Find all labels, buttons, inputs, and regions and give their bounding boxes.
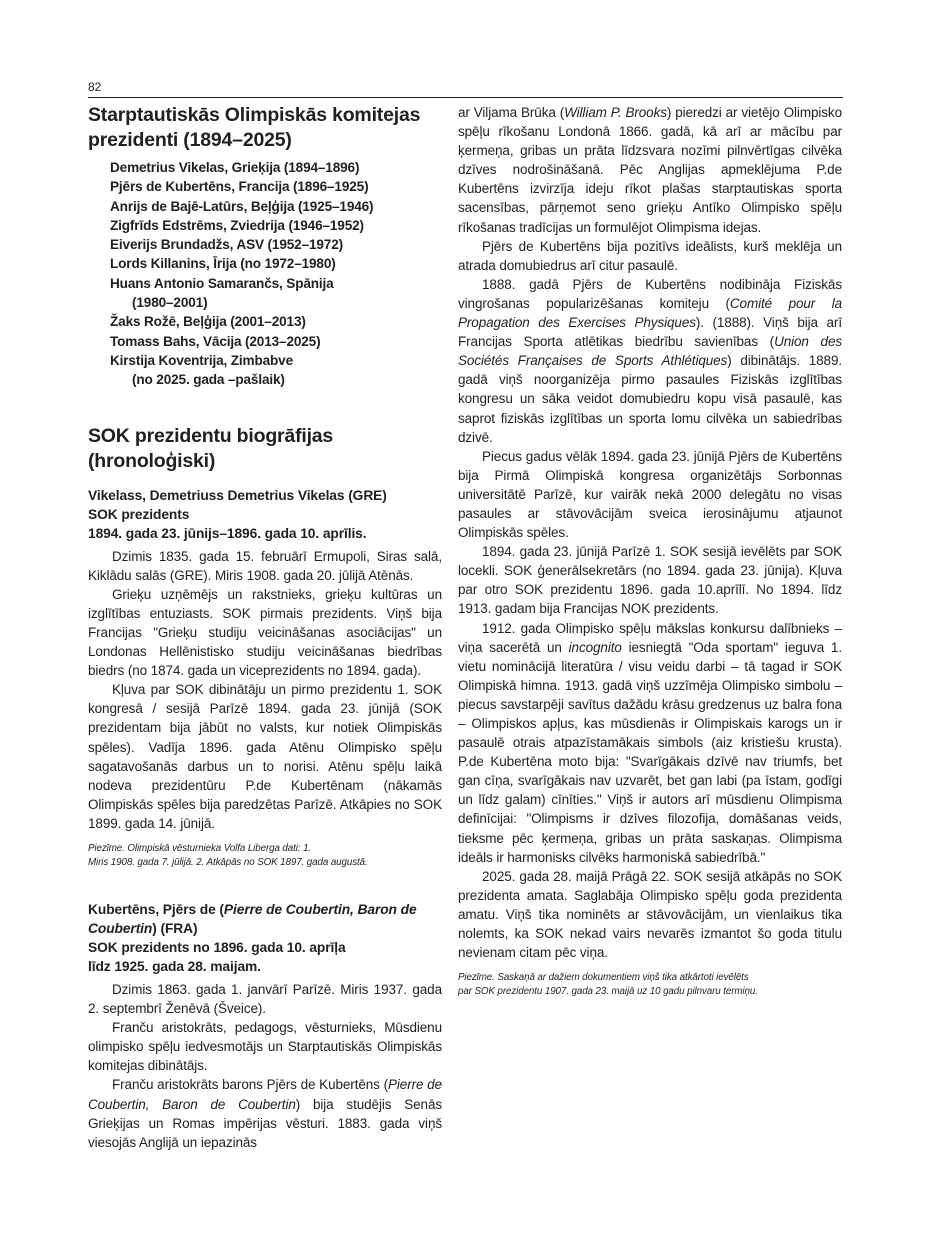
presidents-title: Starptautiskās Olimpiskās komitejas prez… xyxy=(88,103,442,153)
biographies-title: SOK prezidentu biogrāfijas (hronoloģiski… xyxy=(88,424,442,474)
bio-coubertin-paragraph: Pjērs de Kubertēns bija pozitīvs ideālis… xyxy=(458,237,842,275)
bio-coubertin-note: Piezīme. Saskaņā ar dažiem dokumentiem v… xyxy=(458,971,842,999)
bio-vikelas-paragraph: Kļuva par SOK dibinātāju un pirmo prezid… xyxy=(88,680,442,833)
bio-coubertin-paragraph: 1894. gada 23. jūnijā Parīzē 1. SOK sesi… xyxy=(458,542,842,618)
bio-coubertin-heading: Kubertēns, Pjērs de (Pierre de Coubertin… xyxy=(88,900,442,976)
president-item: Kirstija Koventrija, Zimbabve(no 2025. g… xyxy=(110,351,442,390)
president-item: Eiverijs Brundadžs, ASV (1952–1972) xyxy=(110,235,442,254)
bio-coubertin-paragraph: Franču aristokrāts, pedagogs, vēsturniek… xyxy=(88,1018,442,1075)
bio-coubertin-paragraph: Piecus gadus vēlāk 1894. gada 23. jūnijā… xyxy=(458,447,842,542)
president-item: Žaks Rožē, Beļģija (2001–2013) xyxy=(110,312,442,331)
bio-vikelas-paragraph: Dzimis 1835. gada 15. februārī Ermupoli,… xyxy=(88,547,442,585)
bio-coubertin-paragraph: Franču aristokrāts barons Pjērs de Kuber… xyxy=(88,1075,442,1151)
left-column: Starptautiskās Olimpiskās komitejas prez… xyxy=(88,103,442,1152)
president-item: Pjērs de Kubertēns, Francija (1896–1925) xyxy=(110,177,442,196)
bio-coubertin-paragraph: 2025. gada 28. maijā Prāgā 22. SOK sesij… xyxy=(458,867,842,962)
bio-vikelas-note: Piezīme. Olimpiskā vēsturnieka Volfa Lib… xyxy=(88,842,442,870)
presidents-list: Demetrius Vikelas, Grieķija (1894–1896) … xyxy=(110,158,442,390)
right-column: ar Viljama Brūka (William P. Brooks) pie… xyxy=(458,103,842,999)
president-item: Lords Killanins, Īrija (no 1972–1980) xyxy=(110,254,442,273)
bio-coubertin-paragraph: 1912. gada Olimpisko spēļu mākslas konku… xyxy=(458,619,842,867)
bio-coubertin-paragraph: Dzimis 1863. gada 1. janvārī Parīzē. Mir… xyxy=(88,980,442,1018)
bio-vikelas-heading: Vikelass, Demetriuss Demetrius Vikelas (… xyxy=(88,486,442,543)
president-item: Tomass Bahs, Vācija (2013–2025) xyxy=(110,332,442,351)
president-item: Demetrius Vikelas, Grieķija (1894–1896) xyxy=(110,158,442,177)
page-number: 82 xyxy=(88,80,101,94)
bio-coubertin-paragraph: 1888. gadā Pjērs de Kubertēns nodibināja… xyxy=(458,275,842,447)
president-item: Anrijs de Bajē-Latūrs, Beļģija (1925–194… xyxy=(110,197,442,216)
president-item: Huans Antonio Samarančs, Spānija(1980–20… xyxy=(110,274,442,313)
bio-vikelas-paragraph: Grieķu uzņēmējs un rakstnieks, grieķu ku… xyxy=(88,585,442,680)
president-item: Zigfrīds Edstrēms, Zviedrija (1946–1952) xyxy=(110,216,442,235)
header-rule xyxy=(88,97,843,98)
bio-coubertin-paragraph: ar Viljama Brūka (William P. Brooks) pie… xyxy=(458,103,842,237)
